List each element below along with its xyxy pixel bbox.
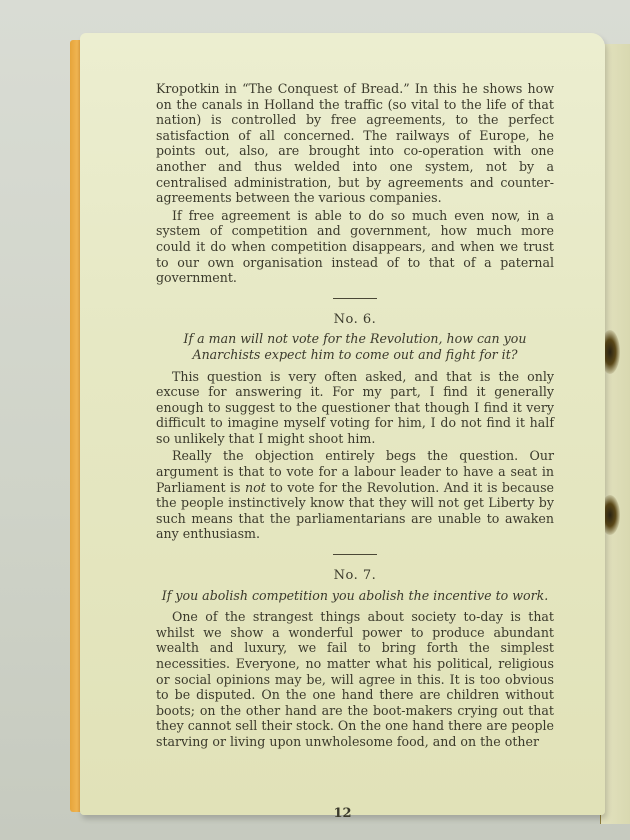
page-body: Kropotkin in “The Conquest of Bread.” In… <box>156 81 554 750</box>
section-question: If a man will not vote for the Revolutio… <box>156 331 554 362</box>
section-paragraph: This question is very often asked, and t… <box>156 369 554 447</box>
section-question: If you abolish competition you abolish t… <box>156 588 554 604</box>
page-number: 12 <box>80 806 605 821</box>
intro-paragraph: Kropotkin in “The Conquest of Bread.” In… <box>156 81 554 206</box>
section-paragraph: One of the strangest things about societ… <box>156 609 554 749</box>
section-divider <box>333 554 377 555</box>
section-number: No. 6. <box>156 312 554 328</box>
section-divider <box>333 298 377 299</box>
section-paragraph: Really the objection entirely begs the q… <box>156 448 554 542</box>
section-number: No. 7. <box>156 568 554 584</box>
intro-paragraph: If free agreement is able to do so much … <box>156 208 554 286</box>
book-page: Kropotkin in “The Conquest of Bread.” In… <box>80 33 605 815</box>
emphasis-text: not <box>245 480 266 495</box>
